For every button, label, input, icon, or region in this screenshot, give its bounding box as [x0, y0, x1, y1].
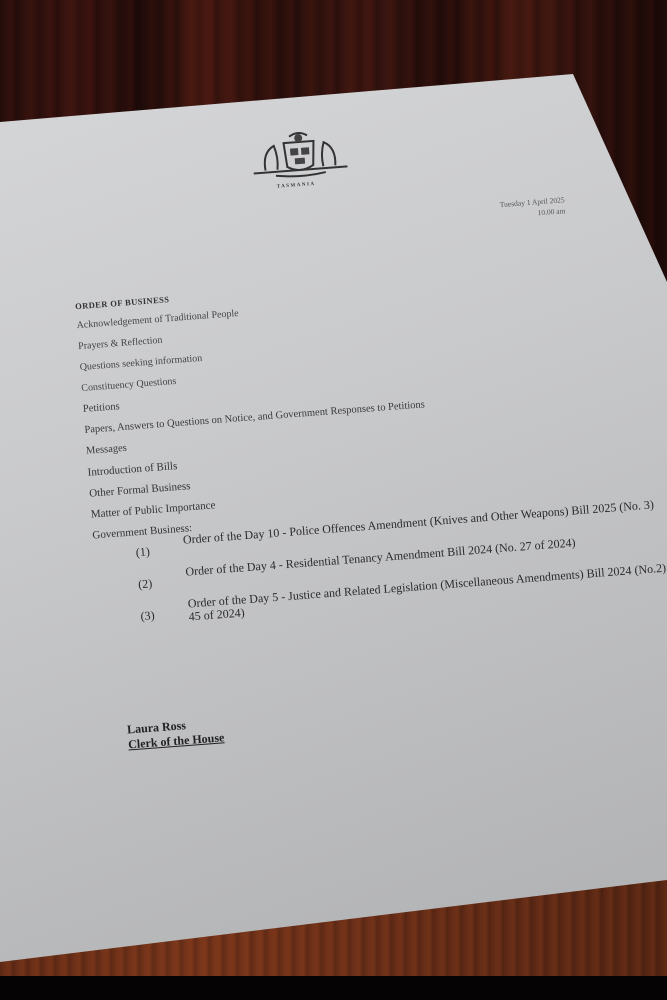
item-number: (1)	[135, 534, 185, 560]
document-sheet: TASMANIA Tuesday 1 April 2025 10.00 am O…	[0, 0, 667, 1000]
item-number: (3)	[139, 598, 189, 628]
agenda-list: Acknowledgement of Traditional People Pr…	[76, 294, 434, 550]
coat-of-arms-icon	[243, 124, 357, 184]
date-time-block: Tuesday 1 April 2025 10.00 am	[425, 194, 566, 226]
signature-block: Laura Ross Clerk of the House	[127, 715, 225, 752]
document-heading: ORDER OF BUSINESS	[75, 294, 170, 311]
crest-label: TASMANIA	[277, 182, 316, 190]
dark-floor-strip	[0, 976, 667, 1000]
document-content: TASMANIA Tuesday 1 April 2025 10.00 am O…	[0, 0, 667, 897]
item-number: (2)	[137, 566, 187, 592]
